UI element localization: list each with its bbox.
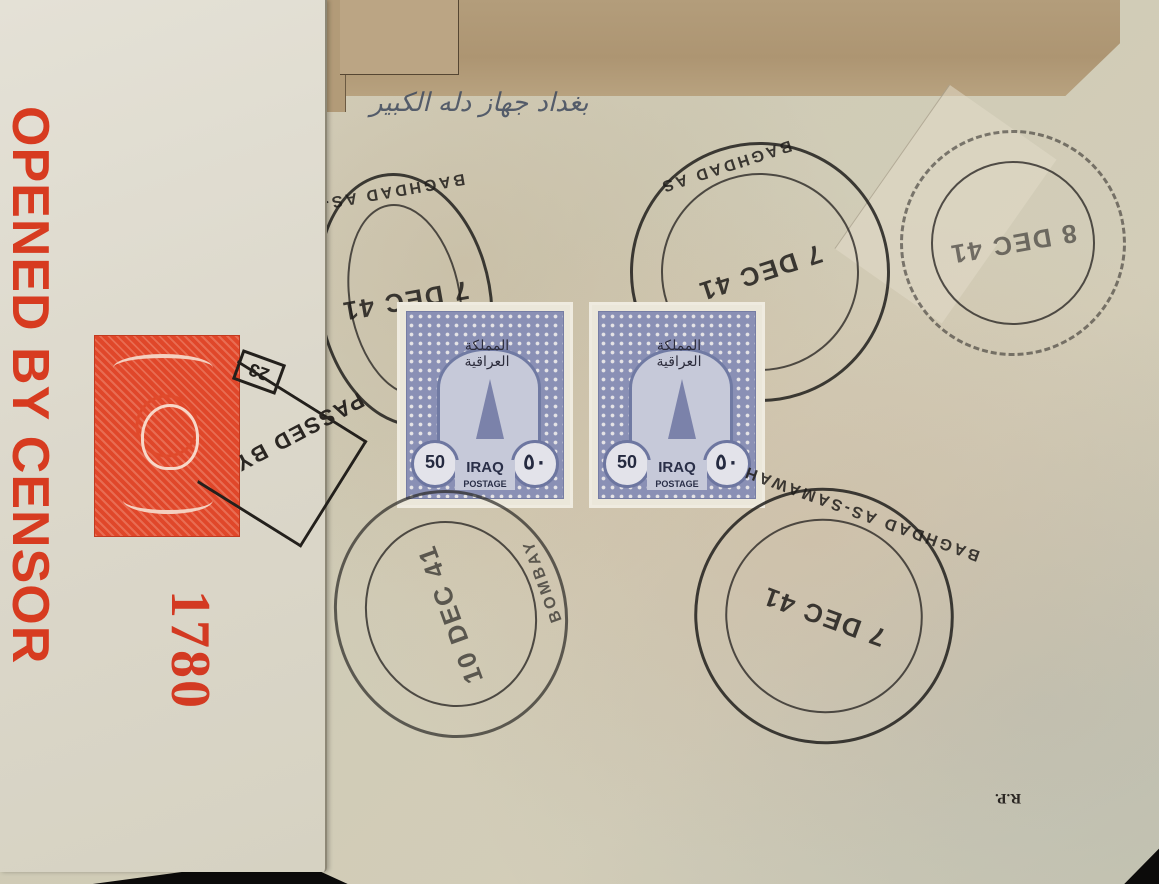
malwiya-minaret-icon bbox=[476, 379, 504, 439]
crest-shield-icon bbox=[141, 404, 199, 470]
censor-label-text: OPENED BY CENSOR bbox=[4, 106, 56, 746]
crest-lion-bottom bbox=[123, 486, 213, 514]
censor-number: 1780 bbox=[160, 580, 220, 720]
stamp-arabic-header: المملكة العراقية bbox=[447, 338, 527, 360]
flap-corner bbox=[340, 0, 459, 75]
crest-lion-top bbox=[113, 354, 213, 382]
stamp-value-left: 50 bbox=[411, 440, 459, 488]
stamp-value-right: ٥٠ bbox=[511, 440, 559, 488]
stamp-postage-label: POSTAGE bbox=[647, 478, 707, 490]
stamp-value-left: 50 bbox=[603, 440, 651, 488]
stamp-country: IRAQ bbox=[647, 460, 707, 480]
stamp-arabic-header: المملكة العراقية bbox=[639, 338, 719, 360]
iraq-stamp-1: المملكة العراقية 50 ٥٠ IRAQ POSTAGE bbox=[400, 305, 570, 505]
iraq-stamp-2: المملكة العراقية 50 ٥٠ IRAQ POSTAGE bbox=[592, 305, 762, 505]
malwiya-minaret-icon bbox=[668, 379, 696, 439]
stamp-pattern-frame: المملكة العراقية 50 ٥٠ IRAQ POSTAGE bbox=[598, 311, 756, 499]
initials-mark: R.P. bbox=[968, 786, 1048, 806]
sender-handwriting: بغداد جهاز دله الكبير bbox=[370, 88, 800, 128]
stamp-pattern-frame: المملكة العراقية 50 ٥٠ IRAQ POSTAGE bbox=[406, 311, 564, 499]
